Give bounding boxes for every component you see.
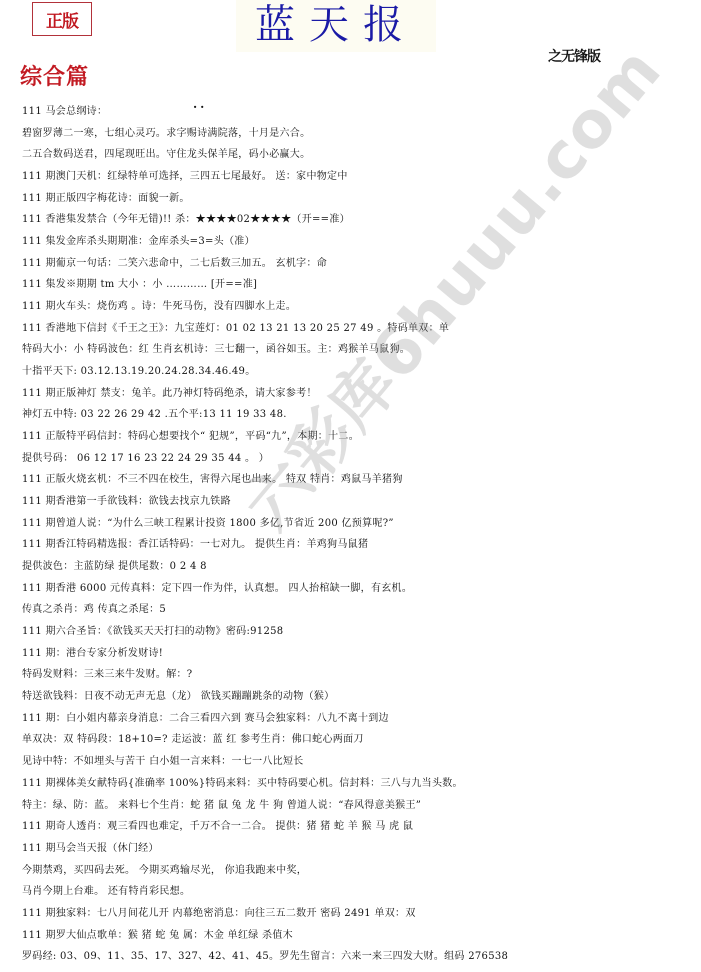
text-line: 111 正版特平码信封：特码心想要找个“ 犯规”，平码“九”，本期：十二。 bbox=[22, 426, 701, 448]
text-line: 111 期六合圣旨：《欲钱买天天打扫的动物》密码:91258 bbox=[22, 621, 701, 643]
text-line: 单双决：双 特码段：18+10=? 走运波：蓝 红 参考生肖：佛口蛇心两面刀 bbox=[22, 729, 701, 751]
text-line: 罗码经: 03、09、11、35、17、327、42、41、45。罗先生留言：六… bbox=[22, 946, 701, 968]
text-line: 提供波色：主蓝防绿 提供尾数：0 2 4 8 bbox=[22, 556, 701, 578]
text-line: 111 期正版神灯 禁支：兔羊。此乃神灯特码绝杀，请大家参考！ bbox=[22, 383, 701, 405]
text-line: 传真之杀肖：鸡 传真之杀尾：5 bbox=[22, 599, 701, 621]
text-line: 111 集发※期期 tm 大小 ：小 ………… [开==准] bbox=[22, 274, 701, 296]
text-line: 111 期香港 6000 元传真料：定下四一作为伴，认真想。 四人抬棺缺一脚，有… bbox=[22, 578, 701, 600]
text-line: 特码大小：小 特码波色：红 生肖玄机诗：三七翻一，函谷如玉。主：鸡猴羊马鼠狗。 bbox=[22, 339, 701, 361]
text-line: 111 期裸体美女献特码{准确率 100%}特码来料：买中特码要心机。信封料：三… bbox=[22, 773, 701, 795]
text-line: 提供号码： 06 12 17 16 23 22 24 29 35 44 。 ） bbox=[22, 448, 701, 470]
text-line: 111 期马会当天报（休门经） bbox=[22, 838, 701, 860]
text-line: 111 期香江特码精选报：香江话特码：一七对九。 提供生肖：羊鸡狗马鼠猪 bbox=[22, 534, 701, 556]
text-line: 111 正版火烧玄机：不三不四在校生，害得六尾也出来。 特双 特肖：鸡鼠马羊猪狗 bbox=[22, 469, 701, 491]
text-line: 十指平天下: 03.12.13.19.20.24.28.34.46.49。 bbox=[22, 361, 701, 383]
text-line: 二五合数码送君，四尾现旺出。守住龙头保羊尾，码小必赢大。 bbox=[22, 144, 701, 166]
text-line: 111 期葡京一句话：二笑六悲命中，二七后数三加五。 玄机字：命 bbox=[22, 253, 701, 275]
text-line: 见诗中特：不如埋头与苦干 白小姐一言来料：一七一八比短长 bbox=[22, 751, 701, 773]
text-line: 神灯五中特: 03 22 26 29 42 .五个平:13 11 19 33 4… bbox=[22, 404, 701, 426]
text-line: 111 期奇人透肖：观三看四也难定，千万不合一二合。 提供：猪 猪 蛇 羊 猴 … bbox=[22, 816, 701, 838]
newspaper-title: 蓝天报 bbox=[236, 0, 436, 52]
text-line: 111 期：港台专家分析发财诗! bbox=[22, 643, 701, 665]
authentic-edition-badge: 正版 bbox=[32, 2, 92, 36]
text-line: 特码发财料：三来三来牛发财。解：? bbox=[22, 664, 701, 686]
text-line: 111 集发金库杀头期期准：金库杀头=3=头（准） bbox=[22, 231, 701, 253]
text-line: 碧窗罗薄二一寒，七组心灵巧。求字赐诗满院落，十月是六合。 bbox=[22, 123, 701, 145]
text-line: 111 马会总纲诗： bbox=[22, 101, 701, 123]
text-line: 111 期澳门天机：红绿特单可选择，三四五七尾最好。 送：家中物定中 bbox=[22, 166, 701, 188]
text-line: 111 期罗大仙点歌单：猴 猪 蛇 兔 属：木金 单红绿 杀值木 bbox=[22, 925, 701, 947]
article-body: 111 马会总纲诗： 碧窗罗薄二一寒，七组心灵巧。求字赐诗满院落，十月是六合。 … bbox=[22, 101, 701, 968]
text-line: 特送欲钱料：日夜不动无声无息（龙） 欲钱买蹦蹦跳条的动物（猴） bbox=[22, 686, 701, 708]
text-line: 马肖今期上台难。 还有特肖彩民想。 bbox=[22, 881, 701, 903]
text-line: 今期禁鸡，买四码去死。 今期买鸡输尽光， 你追我跑来中奖， bbox=[22, 860, 701, 882]
edition-label: 之无锋版 bbox=[548, 46, 600, 66]
text-line: 111 期独家料：七八月间花儿开 内幕绝密消息：向往三五二数开 密码 2491 … bbox=[22, 903, 701, 925]
text-line: 111 香港集发禁合（今年无错)!! 杀：★★★★02★★★★（开==准） bbox=[22, 209, 701, 231]
text-line: 111 期香港第一手欲钱料：欲钱去找京九铁路 bbox=[22, 491, 701, 513]
text-line: 111 期：白小姐内幕亲身消息：二合三看四六到 赛马会独家料：八九不离十到边 bbox=[22, 708, 701, 730]
text-line: 特主：绿、防：蓝。 来料七个生肖：蛇 猪 鼠 兔 龙 牛 狗 曾道人说：“春风得… bbox=[22, 795, 701, 817]
section-heading: 综合篇 bbox=[20, 60, 89, 91]
text-line: 111 期正版四字梅花诗：面貌一新。 bbox=[22, 188, 701, 210]
text-line: 111 香港地下信封《千王之王》：九宝莲灯：01 02 13 21 13 20 … bbox=[22, 318, 701, 340]
text-line: 111 期曾道人说：“为什么三峡工程累计投资 1800 多亿,节省近 200 亿… bbox=[22, 513, 701, 535]
text-line: 111 期火车头：烧伤鸡 。诗：牛死马伤，没有四脚水上走。 bbox=[22, 296, 701, 318]
